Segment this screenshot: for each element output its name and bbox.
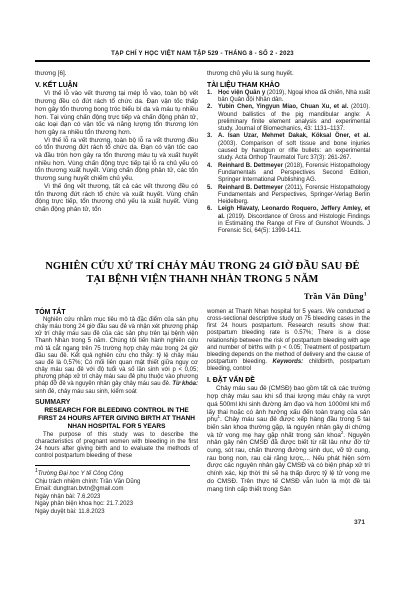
- conclusion-paragraph: Vì thế lỗ vào vết thương tại mép lỗ vào,…: [35, 90, 198, 136]
- summary-body-left: The purpose of this study was to describ…: [35, 432, 198, 461]
- summary-body-right: women at Thanh Nhan hospital for 5 years…: [207, 309, 370, 373]
- article-title-line1: NGHIÊN CỨU XỬ TRÍ CHẢY MÁU TRONG 24 GIỜ …: [35, 260, 370, 273]
- footnote-date-accepted: Ngày duyệt bài: 11.8.2023: [35, 509, 190, 517]
- reference-number: 1.: [207, 90, 212, 97]
- footnote-date-reviewed: Ngày phản biện khoa học: 21.7.2023: [35, 501, 190, 509]
- journal-page: TẠP CHÍ Y HỌC VIỆT NAM TẬP 529 - THÁNG 8…: [0, 0, 400, 600]
- reference-authors: Học viện Quân y: [218, 90, 265, 96]
- reference-authors: Reinhard B. Dettmeyer: [218, 185, 283, 191]
- article-author: Trần Văn Dũng1: [35, 292, 370, 301]
- reference-item: 6.Leigh Hlavaty, Leonardo Roquero, Jeffe…: [207, 206, 370, 235]
- right-column: thương chủ yếu là sung huyết. TÀI LIỆU T…: [207, 70, 370, 261]
- references-list: 1.Học viện Quân y (2019), Ngoại khoa dã …: [207, 90, 370, 236]
- introduction-heading: I. ĐẶT VẤN ĐỀ: [207, 377, 370, 384]
- reference-item: 2.Yubin Chen, Yingyun Miao, Chuan Xu, et…: [207, 104, 370, 133]
- references-heading: TÀI LIỆU THAM KHẢO: [207, 82, 370, 89]
- keywords-label-vi: Từ khóa:: [172, 381, 198, 387]
- abstract-vi: Nghiên cứu nhằm mục tiêu mô tả đặc điểm …: [35, 317, 198, 396]
- introduction-body: Chảy máu sau đẻ (CMSĐ) bao gồm tất cả cá…: [207, 385, 370, 493]
- new-article: NGHIÊN CỨU XỬ TRÍ CHẢY MÁU TRONG 24 GIỜ …: [35, 260, 370, 516]
- reference-number: 5.: [207, 185, 212, 192]
- keywords-vi: sinh đẻ, chảy máu sau sinh, kiểm soát: [35, 389, 137, 395]
- article-title: NGHIÊN CỨU XỬ TRÍ CHẢY MÁU TRONG 24 GIỜ …: [35, 260, 370, 286]
- continuation-fragment: thương [6].: [35, 70, 198, 78]
- reference-item: 3.A. Isan Uzar, Mehmet Dakak, Köksal Öne…: [207, 133, 370, 162]
- reference-number: 2.: [207, 104, 212, 111]
- reference-authors: Reinhard B. Dettmeyer: [218, 163, 283, 169]
- reference-number: 3.: [207, 133, 212, 140]
- footnote-email: Email: dungtran.bvtn@gmail.com: [35, 486, 190, 494]
- article-title-line2: TẠI BỆNH VIỆN THANH NHÀN TRONG 5 NĂM: [35, 273, 370, 286]
- article-right-column: women at Thanh Nhan hospital for 5 years…: [207, 309, 370, 516]
- left-column: thương [6]. V. KẾT LUẬN Vì thế lỗ vào vế…: [35, 70, 198, 261]
- summary-heading: SUMMARY: [35, 399, 198, 406]
- conclusion-paragraph: Vì thế ống vết thương, tất cả các vết th…: [35, 183, 198, 214]
- continuation-fragment: thương chủ yếu là sung huyết.: [207, 70, 370, 78]
- summary-subtitle: RESEARCH FOR BLEEDING CONTROL IN THE FIR…: [37, 407, 196, 431]
- previous-article-end: thương [6]. V. KẾT LUẬN Vì thế lỗ vào vế…: [35, 70, 370, 261]
- reference-number: 6.: [207, 206, 212, 213]
- keywords-label-en: Keywords:: [273, 359, 304, 365]
- reference-item: 5.Reinhard B. Dettmeyer (2011), Forensic…: [207, 185, 370, 207]
- conclusion-paragraph: Vì thế lỗ ra vết thương, toàn bộ lỗ ra v…: [35, 137, 198, 183]
- article-left-column: TÓM TẮT Nghiên cứu nhằm mục tiêu mô tả đ…: [35, 309, 198, 516]
- reference-item: 1.Học viện Quân y (2019), Ngoại khoa dã …: [207, 90, 370, 105]
- abstract-heading-vi: TÓM TẮT: [35, 309, 198, 316]
- reference-text: (2003). Comparison of soft tissue and bo…: [218, 141, 370, 162]
- running-header: TẠP CHÍ Y HỌC VIỆT NAM TẬP 529 - THÁNG 8…: [35, 51, 370, 62]
- footnote-date-received: Ngày nhận bài: 7.6.2023: [35, 494, 190, 502]
- reference-number: 4.: [207, 163, 212, 170]
- article-columns: TÓM TẮT Nghiên cứu nhằm mục tiêu mô tả đ…: [35, 309, 370, 516]
- footnote-affiliation: 1Trường Đại học Y tế Công Cộng: [35, 468, 190, 479]
- author-footnote: 1Trường Đại học Y tế Công Cộng Chịu trác…: [35, 465, 190, 516]
- reference-item: 4.Reinhard B. Dettmeyer (2018), Forensic…: [207, 163, 370, 185]
- page-number: 371: [35, 519, 370, 526]
- conclusion-heading: V. KẾT LUẬN: [35, 82, 198, 90]
- reference-authors: Yubin Chen, Yingyun Miao, Chuan Xu, et a…: [218, 104, 348, 110]
- reference-authors: A. Isan Uzar, Mehmet Dakak, Köksal Öner,…: [218, 133, 370, 139]
- reference-text: (2019). Discordance of Gross and Histolo…: [218, 214, 370, 235]
- footnote-responsible: Chịu trách nhiệm chính: Trần Văn Dũng: [35, 479, 190, 487]
- author-affiliation-marker: 1: [364, 291, 367, 297]
